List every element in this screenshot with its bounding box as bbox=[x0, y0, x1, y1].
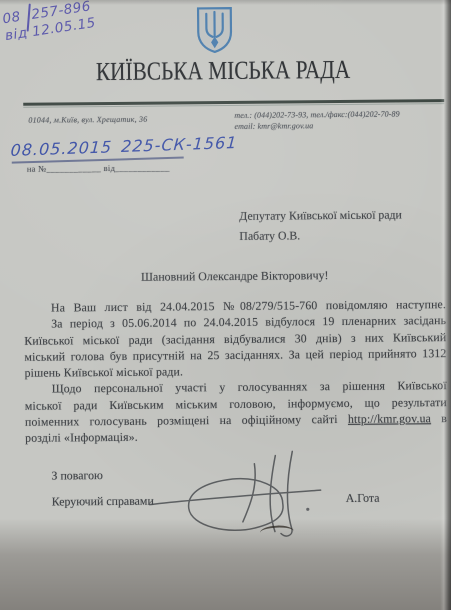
org-title-text: КИЇВСЬКА МІСЬКА РАДА bbox=[96, 55, 351, 87]
document-photo: 08257-896 від 12.05.15 КИЇВСЬКА МІСЬКА Р… bbox=[0, 0, 451, 610]
recipient-title: Депутату Київської міської ради bbox=[239, 205, 402, 226]
text-segment: в bbox=[431, 411, 447, 425]
recipient-block: Депутату Київської міської ради Пабату О… bbox=[239, 205, 402, 245]
signature-scribble bbox=[134, 445, 333, 543]
salutation: Шановний Олександре Вікторовичу! bbox=[24, 267, 446, 286]
ukraine-trident-emblem-icon bbox=[194, 6, 234, 54]
corner-note-number-prefix: 08 bbox=[2, 9, 22, 28]
reference-date: 08.05.2015 bbox=[10, 137, 113, 160]
text-line: розділі «Інформація». bbox=[25, 426, 447, 446]
handwritten-corner-note: 08257-896 від 12.05.15 bbox=[2, 0, 97, 45]
reference-form-line: на №____________ від____________ bbox=[27, 162, 170, 173]
paragraph: За період з 05.06.2014 по 24.04.2015 від… bbox=[24, 312, 447, 381]
org-address: 01044, м.Київ, вул. Хрещатик, 36 bbox=[28, 115, 147, 125]
org-title: КИЇВСЬКА МІСЬКА РАДА bbox=[38, 54, 408, 87]
reference-number: 225-СК-1561 bbox=[121, 133, 239, 156]
letter-page: 08257-896 від 12.05.15 КИЇВСЬКА МІСЬКА Р… bbox=[0, 0, 451, 610]
org-email: email: kmr@kmr.gov.ua bbox=[234, 119, 446, 132]
closing-regards: З повагою bbox=[51, 468, 103, 483]
link-text: http://kmr.gov.ua bbox=[348, 411, 431, 426]
org-contacts: тел.: (044)202-73-93, тел./факс:(044)202… bbox=[234, 108, 446, 132]
text-segment: поіменних голосувань розміщені на офіцій… bbox=[25, 412, 348, 429]
letter-body: На Ваш лист від 24.04.2015 №08/279/515-7… bbox=[24, 296, 447, 446]
handwritten-reference: 08.05.2015225-СК-1561 bbox=[10, 133, 238, 160]
recipient-name: Пабату О.В. bbox=[239, 225, 402, 246]
header-divider bbox=[23, 99, 444, 108]
paragraph: Щодо персональної участі у голосуваннях … bbox=[25, 378, 448, 447]
signer-name: А.Гота bbox=[346, 491, 380, 506]
